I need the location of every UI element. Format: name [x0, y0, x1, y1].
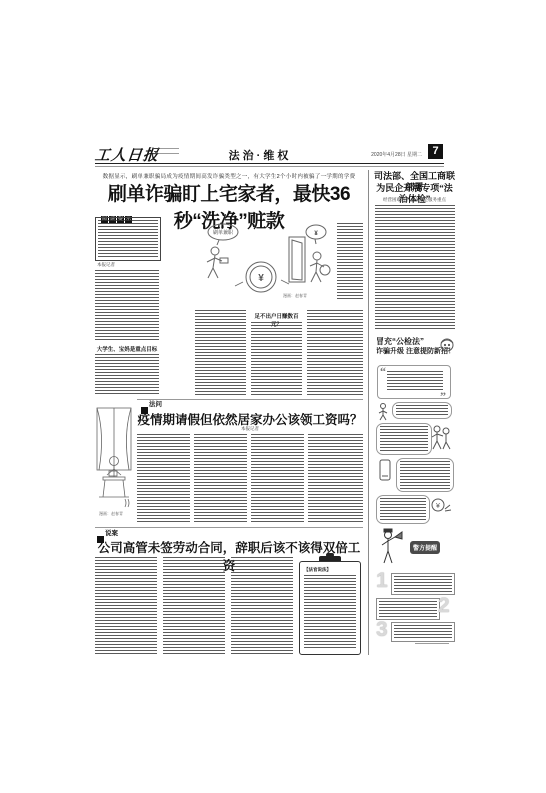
mid-body-col2	[194, 434, 247, 522]
money-hand-icon: ¥	[428, 495, 452, 517]
bottom-body-col3	[231, 557, 293, 655]
clipboard-heading: 【法官说法】	[304, 567, 331, 573]
lead-cartoon-caption: 漫画：赵春青	[283, 293, 307, 299]
clipboard-board: 【法官说法】	[299, 561, 361, 655]
masthead-subtext	[153, 148, 179, 151]
bubble-right-text: ¥	[314, 231, 318, 237]
quote-text	[387, 371, 443, 391]
masthead-subtext2	[153, 153, 179, 156]
dateline: 2020年4月28日 星期二	[310, 151, 422, 158]
speech-bubble-3	[396, 458, 454, 492]
lead-byline: 本报记者	[97, 262, 115, 268]
clipboard-text	[304, 575, 356, 649]
page-number-badge: 7	[428, 144, 443, 159]
sidebar-body	[375, 205, 455, 331]
infographic-credit	[415, 643, 449, 646]
column-divider	[368, 170, 369, 655]
item-box-1	[391, 573, 455, 595]
bubble-3-text	[400, 461, 450, 489]
runner-head	[211, 247, 219, 255]
section-title: 法治·维权	[205, 147, 315, 163]
item-2-text	[379, 601, 437, 617]
bottom-body-col2	[163, 557, 225, 655]
mid-illustration	[95, 405, 133, 509]
item-number-1: 1	[376, 571, 388, 591]
lead-body-col3	[251, 322, 302, 395]
bubble-2-text	[380, 426, 428, 452]
header-rule	[95, 163, 444, 164]
police-reminder-badge: 警方提醒	[410, 541, 440, 554]
item-number-3: 3	[376, 620, 388, 640]
sidebar-subtitle: 经营困难的中小企业是服务重点	[374, 197, 455, 203]
money-bag	[320, 265, 330, 275]
phone-icon	[378, 459, 392, 481]
item-box-2	[376, 598, 440, 620]
lead-body-col4	[337, 223, 363, 301]
lead-body-col3b	[307, 310, 363, 395]
item-3-text	[394, 625, 452, 639]
lead-subhead-left: 大学生、宝妈是重点目标	[95, 345, 159, 353]
open-quote-icon: “	[380, 367, 386, 375]
victim-figure-icon	[377, 403, 389, 421]
lead-body-col2	[195, 310, 246, 395]
speech-bubble-1	[392, 402, 452, 419]
header-rule-2	[95, 166, 444, 167]
mid-body-col1	[137, 434, 190, 522]
lead-cartoon: 刷单兼职 ¥ ¥	[195, 220, 332, 300]
svg-text:¥: ¥	[436, 503, 440, 510]
clipboard-knob-icon	[326, 553, 334, 557]
bubble-1-text	[396, 405, 448, 416]
speech-bubble-2	[376, 423, 432, 455]
bottom-body-col1	[95, 557, 157, 655]
masthead-logo: 工人日报	[94, 144, 160, 165]
speech-bubble-4	[376, 495, 430, 524]
lead-body-col1	[95, 270, 159, 342]
mid-body-col3	[251, 434, 304, 522]
coin-symbol: ¥	[258, 273, 264, 284]
policeman-icon	[378, 527, 404, 565]
item-1-text	[394, 576, 452, 592]
bottom-top-rule	[95, 527, 363, 528]
bubble-4-text	[380, 498, 426, 521]
clipboard-illustration: 【法官说法】	[299, 561, 361, 655]
item-number-2: 2	[438, 596, 450, 616]
newspaper-page: 工人日报 法治·维权 2020年4月28日 星期二 7 数据显示，刷单兼职骗局成…	[95, 143, 455, 665]
item-box-3	[391, 622, 455, 642]
scam-quote-box: “ ”	[377, 365, 451, 399]
mid-top-rule	[137, 399, 363, 400]
door-frame	[289, 237, 305, 282]
tip-box-text	[98, 220, 158, 258]
bubble-left-text: 刷单兼职	[213, 229, 234, 236]
mid-illustration-caption: 漫画：赵春青	[99, 511, 123, 517]
mid-byline: 本报记者	[137, 426, 363, 432]
scammer-figure-icon	[429, 423, 453, 451]
mid-body-col4	[308, 434, 363, 522]
lead-body-col1b	[95, 354, 159, 395]
thief-head	[313, 252, 321, 260]
reading-tip-box	[95, 217, 161, 261]
scammer-face-icon	[439, 335, 455, 353]
close-quote-icon: ”	[440, 392, 446, 400]
